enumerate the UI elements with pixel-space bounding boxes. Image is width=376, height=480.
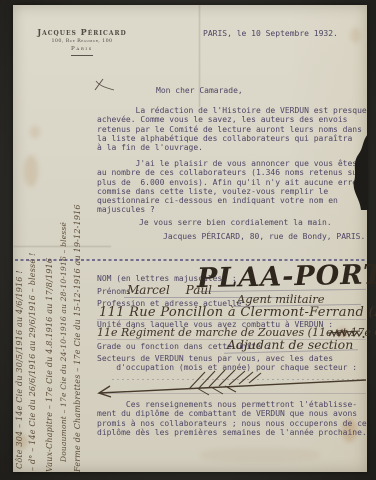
letterhead-divider bbox=[71, 55, 93, 56]
paper-stain bbox=[24, 155, 38, 187]
torn-edge-dark-notch bbox=[349, 134, 368, 210]
letter-closing-line: Je vous serre bien cordialement la main. bbox=[139, 218, 332, 227]
letter-paragraph-1: La rédaction de l'Histoire de VERDUN est… bbox=[97, 106, 367, 152]
margin-note-douaumont: Douaumont – 17e Cie du 24-10-1916 au 28-… bbox=[59, 222, 68, 462]
letter-paragraph-2: J'ai le plaisir de vous annoncer que vou… bbox=[97, 159, 367, 215]
closing-paragraph: Ces renseignements nous permettront l'ét… bbox=[97, 400, 367, 437]
letterhead-name: Jacques Péricard bbox=[34, 27, 130, 37]
paper-stain bbox=[350, 28, 361, 43]
letterhead: Jacques Péricard 100, Rue Réaumur, 100 P… bbox=[34, 27, 130, 56]
prenoms-handwritten-value: Marcel Paul bbox=[127, 283, 212, 297]
salutation: Mon cher Camarade, bbox=[156, 86, 243, 95]
dateline: PARIS, le 10 Septembre 1932. bbox=[203, 29, 338, 38]
margin-note-cote-304: Côte 304 – 14e Cie du 30/5/1916 au 4/6/1… bbox=[15, 270, 24, 469]
letterhead-city: Paris bbox=[34, 46, 130, 52]
margin-note-vaux-chapitre: Vaux-Chapitre – 17e Cie du 4.8.1916 au 1… bbox=[45, 258, 54, 472]
margin-note-idem: – d° – 14e Cie du 26/6/1916 au 29/6/1916… bbox=[28, 253, 37, 471]
letter-signature: Jacques PÉRICARD, 80, rue de Bondy, PARI… bbox=[163, 232, 365, 241]
paper-stain bbox=[200, 448, 320, 462]
handwritten-arrow bbox=[93, 366, 370, 400]
paper-stain bbox=[30, 126, 40, 138]
scanned-document-scene: Jacques Péricard 100, Rue Réaumur, 100 P… bbox=[0, 0, 376, 480]
margin-note-chambrettes: Ferme de Chambrettes – 17e Cie du 15-12-… bbox=[73, 204, 82, 472]
handwritten-check-mark bbox=[88, 76, 118, 94]
letterhead-address: 100, Rue Réaumur, 100 bbox=[34, 39, 130, 44]
adresse-handwritten-value: 111 Rue Poncillon à Clermont-Ferrand (P.… bbox=[99, 305, 376, 320]
